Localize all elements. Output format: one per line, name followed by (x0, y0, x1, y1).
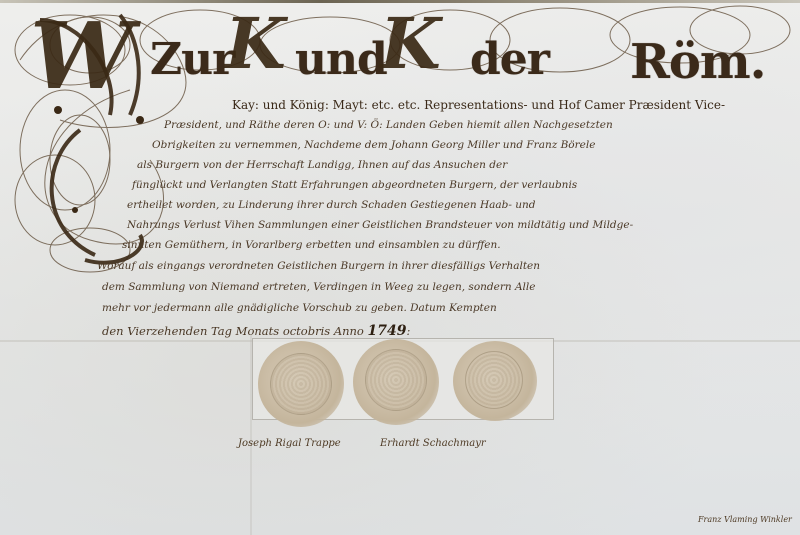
body-line: Kay: und König: Mayt: etc. etc. Represen… (232, 98, 725, 112)
body-line: mehr vor jedermann alle gnädigliche Vors… (102, 302, 497, 314)
seal-strip (252, 338, 554, 420)
seal-emblem-icon (270, 353, 332, 415)
seal-emblem-icon (465, 351, 523, 409)
title-initial: W (30, 2, 133, 110)
body-line: dem Sammlung von Niemand ertreten, Verdi… (102, 281, 535, 293)
year: 1749 (368, 323, 407, 339)
wax-seal-2 (353, 339, 439, 425)
title-initial-3: K (380, 2, 441, 85)
date-line: den Vierzehenden Tag Monats octobris Ann… (102, 323, 410, 339)
title-word-3: der (470, 34, 549, 85)
wax-seal-3 (453, 341, 537, 421)
title-initial-2: K (225, 2, 286, 85)
title-word-2: und (295, 34, 387, 85)
signature-1: Joseph Rigal Trappe (238, 438, 341, 449)
body-line: als Burgern von der Herrschaft Landigg, … (137, 159, 507, 171)
title-word-1: Zur (150, 34, 234, 85)
document-title: W Zur K und K der Röm. (40, 8, 800, 98)
wax-seal-1 (258, 341, 344, 427)
body-line: Worauf als eingangs verordneten Geistlic… (97, 260, 540, 272)
title-word-4: Röm. (630, 34, 765, 90)
body-line: ertheilet worden, zu Linderung ihrer dur… (127, 199, 536, 211)
body-line: Nahrungs Verlust Vihen Sammlungen einer … (127, 219, 633, 231)
signature-2: Erhardt Schachmayr (380, 438, 486, 449)
body-line: sinnten Gemüthern, in Vorarlberg erbette… (122, 239, 501, 251)
date-text: den Vierzehenden Tag Monats octobris Ann… (102, 324, 364, 338)
body-line: Obrigkeiten zu vernemmen, Nachdeme dem J… (152, 139, 595, 151)
seal-emblem-icon (365, 349, 427, 411)
signature-3: Franz Vlaming Winkler (698, 515, 792, 524)
body-line: fünglückt und Verlangten Statt Erfahrung… (132, 179, 577, 191)
body-line: Præsident, und Räthe deren O: und V: Ö: … (164, 119, 613, 131)
